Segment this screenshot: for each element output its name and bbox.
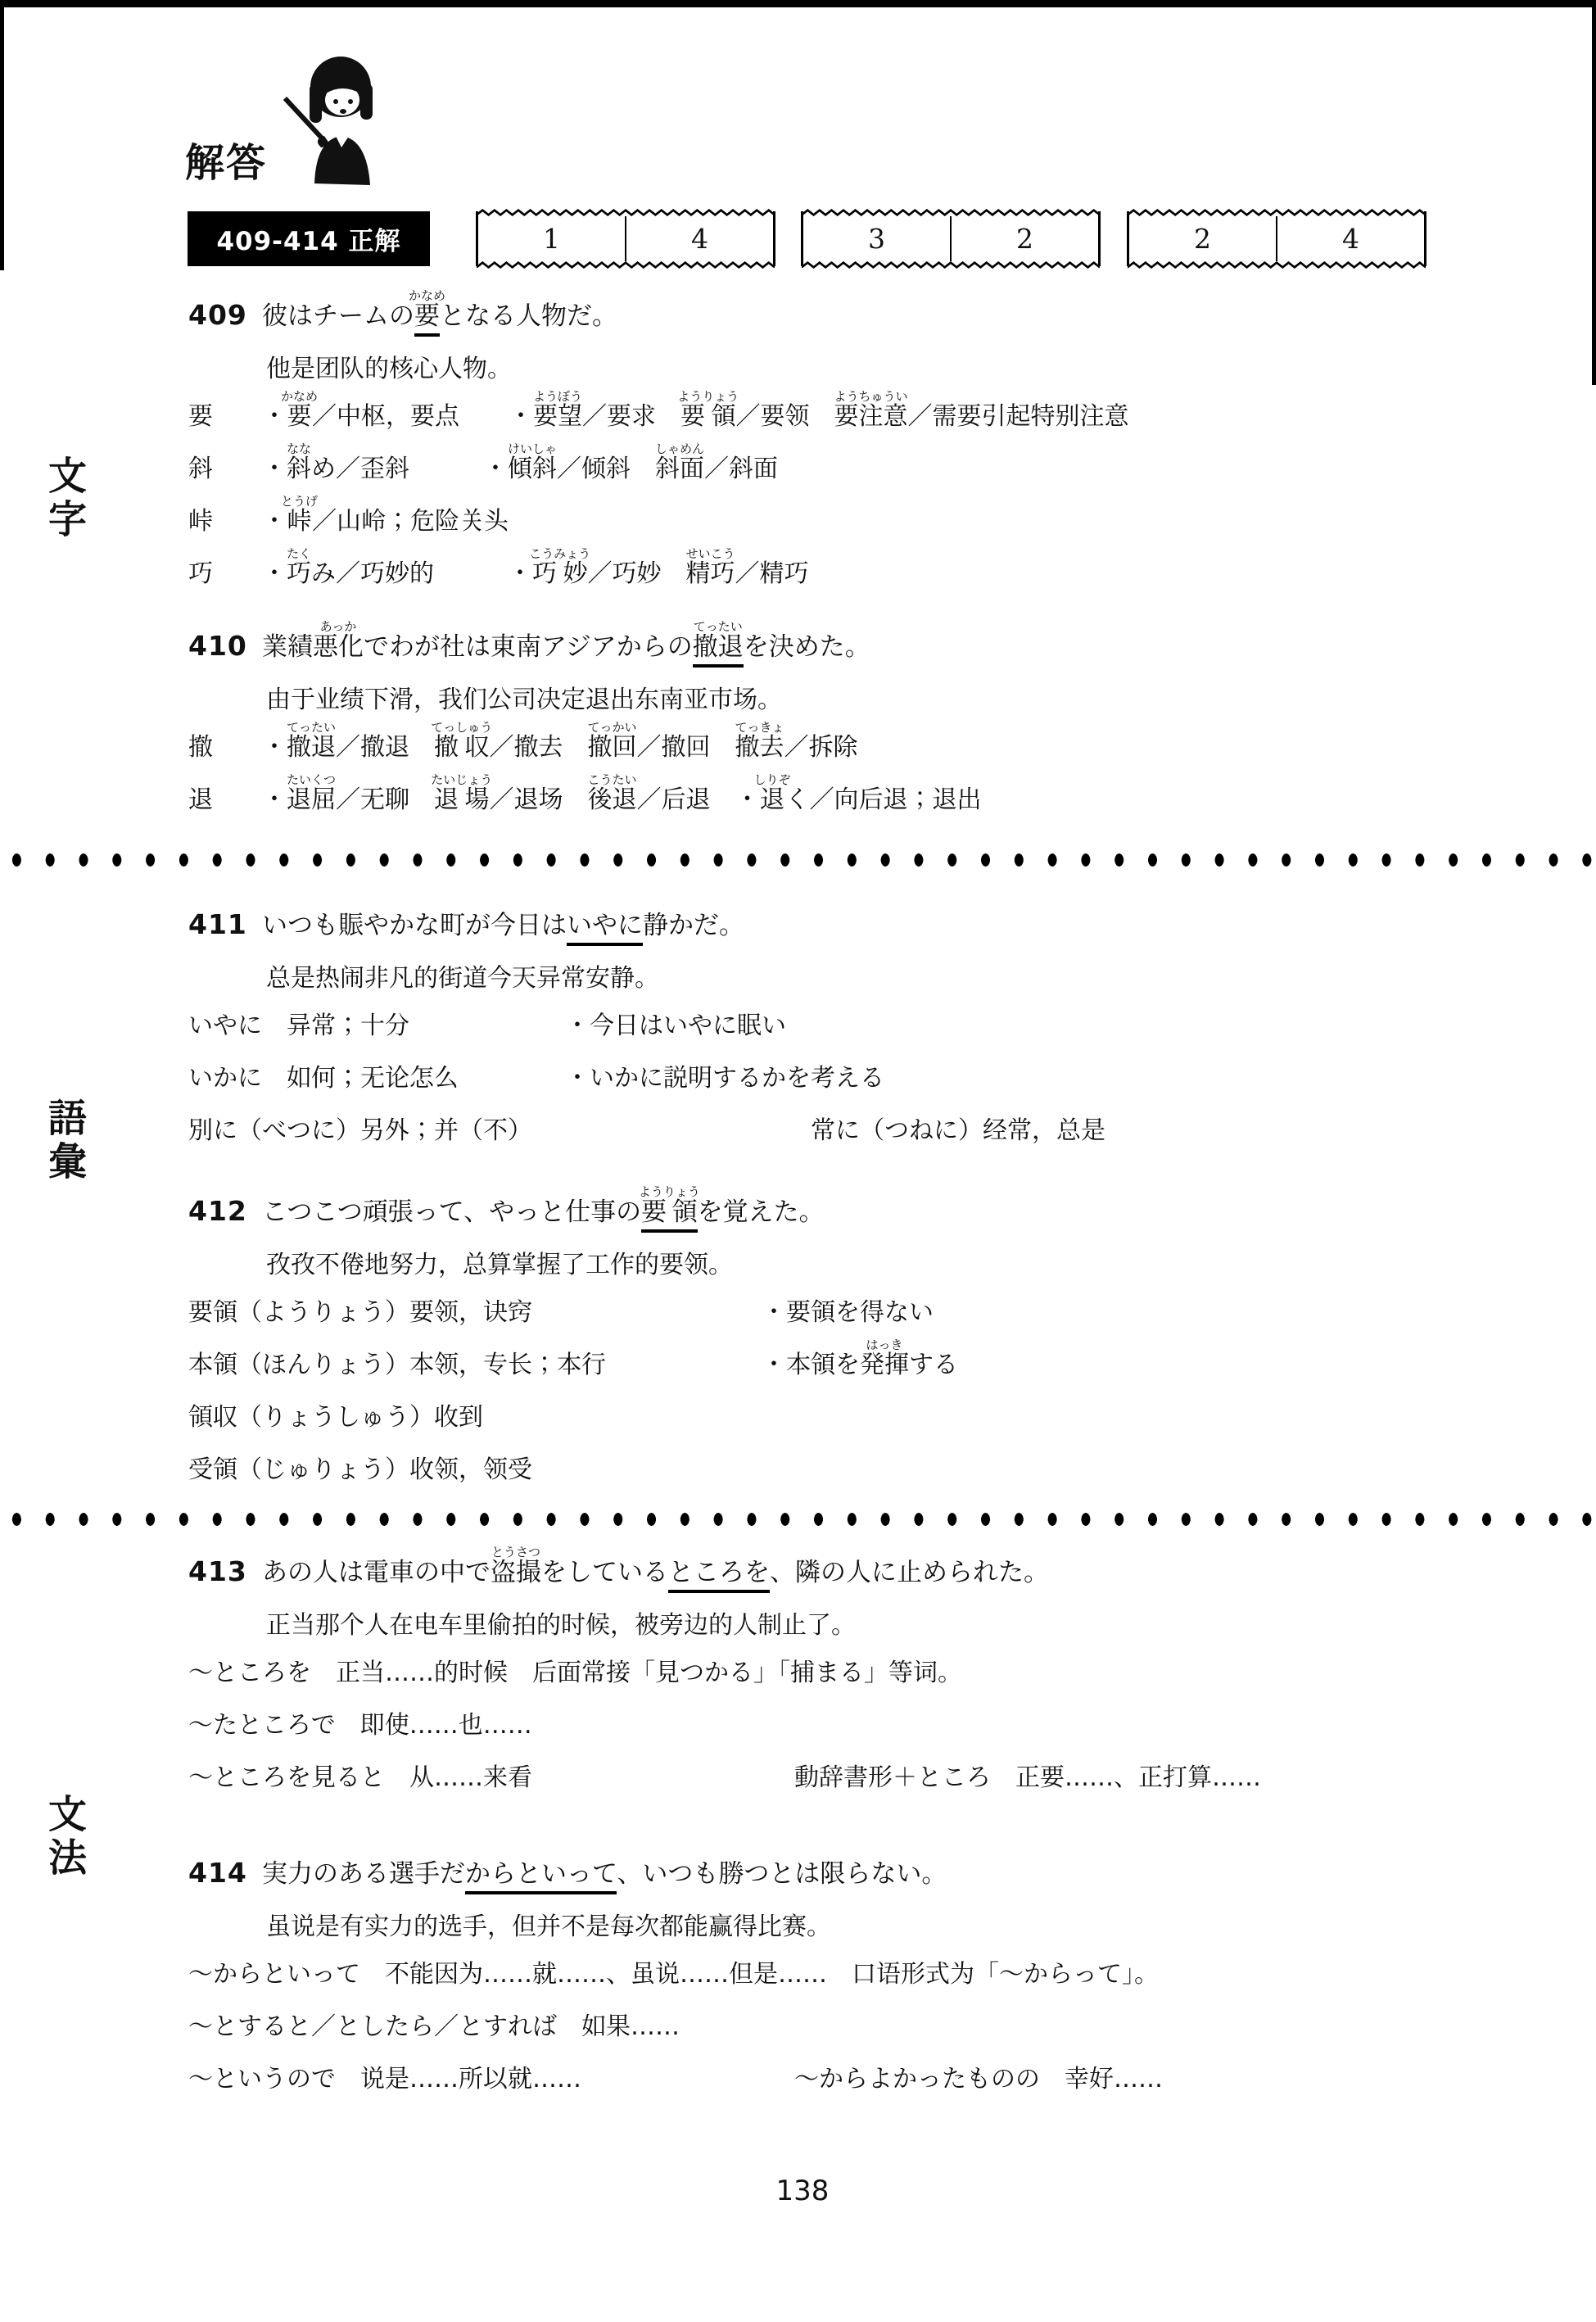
grammar-row: 〜ところを 正当……的时候 后面常接「見つかる」「捕まる」等词。 <box>188 1641 1563 1688</box>
side-tab-characters: 文字 <box>46 455 92 542</box>
kanji-head: 斜 <box>188 455 262 484</box>
answer-411: 3 <box>803 216 950 261</box>
vocab-row: 受領（じゅりょう）收领，领受 <box>188 1437 1563 1485</box>
answer-key-row: 409-414 正解 1 4 3 2 2 4 <box>188 211 1498 266</box>
translation-414: 虽说是有实力的选手，但并不是每次都能赢得比赛。 <box>266 1912 1563 1942</box>
teacher-girl-illustration <box>278 51 381 190</box>
translation-411: 总是热闹非凡的街道今天异常安静。 <box>266 964 1563 994</box>
grammar-row: 〜とすると／としたら／とすれば 如果…… <box>188 1994 1563 2042</box>
dotted-separator <box>0 852 1596 868</box>
translation-413: 正当那个人在电车里偷拍的时候，被旁边的人制止了。 <box>266 1611 1563 1641</box>
vocab-row: 退・退屈たいくつ／无聊 退場たいじょう／退场 後退こうたい／后退 ・退しりぞく／… <box>188 767 1563 815</box>
kanji-head: 撤 <box>188 733 262 763</box>
kanji-head: 峠 <box>188 507 262 536</box>
vocab-row: 巧・巧たくみ／巧妙的 ・巧妙こうみょう／巧妙 精巧せいこう／精巧 <box>188 541 1563 589</box>
vocab-row: いかに 如何；无论怎么・いかに説明するかを考える <box>188 1046 1563 1093</box>
vocab-row: 要・要かなめ／中枢，要点 ・要望ようぼう／要求 要領ようりょう／要领 要注意よう… <box>188 384 1563 432</box>
grammar-row: 〜からといって 不能因为……就……、虽说……但是…… 口语形式为「〜からって」。 <box>188 1942 1563 1989</box>
answer-key-title: 409-414 正解 <box>188 211 430 266</box>
answer-412: 2 <box>950 216 1098 261</box>
section-411: 411いつも賑やかな町が今日はいやに静かだ。 总是热闹非凡的街道今天异常安静。 … <box>188 886 1563 1151</box>
grammar-row: 〜たところで 即使……也…… <box>188 1693 1563 1740</box>
scan-edge-right <box>1592 0 1596 385</box>
answer-413: 2 <box>1129 216 1276 261</box>
grammar-row: 〜というので 说是……所以就……〜からよかったものの 幸好…… <box>188 2047 1563 2094</box>
answer-box-2: 3 2 <box>801 211 1101 266</box>
section-413: 413あの人は電車の中で盗撮とうさつをしているところを、隣の人に止められた。 正… <box>188 1533 1563 1798</box>
answer-409: 1 <box>478 216 625 261</box>
question-number: 414 <box>188 1856 262 1890</box>
textbook-page: 解答 409-414 正解 1 4 3 2 <box>0 0 1596 2322</box>
question-number: 410 <box>188 629 262 663</box>
scan-edge-left <box>0 0 4 270</box>
vocab-row: 撤・撤退てったい／撤退 撤収てっしゅう／撤去 撤回てっかい／撤回 撤去てっきょ／… <box>188 715 1563 763</box>
grammar-row: 〜ところを見ると 从……来看動辞書形＋ところ 正要……、正打算…… <box>188 1745 1563 1793</box>
zigzag-border-top <box>1128 209 1426 216</box>
answer-414: 4 <box>1276 216 1424 261</box>
vocab-row: 峠・峠とうげ／山岭；危险关头 <box>188 489 1563 536</box>
sentence-410: 410業績悪化あっかでわが社は東南アジアからの撤退てったいを決めた。 <box>188 608 1563 664</box>
section-414: 414実力のある選手だからといって、いつも勝つとは限らない。 虽说是有实力的选手… <box>188 1835 1563 2099</box>
answer-box-3: 2 4 <box>1127 211 1426 266</box>
scan-edge-top <box>0 0 1596 7</box>
question-number: 413 <box>188 1555 262 1589</box>
kanji-head: 退 <box>188 785 262 815</box>
translation-410: 由于业绩下滑，我们公司决定退出东南亚市场。 <box>266 686 1563 715</box>
vocab-row: 領収（りょうしゅう）收到 <box>188 1385 1563 1433</box>
answers-heading: 解答 <box>185 131 267 188</box>
zigzag-border-top <box>802 209 1100 216</box>
answer-410: 4 <box>625 216 773 261</box>
vocab-row: 別に（べつに）另外；并（不）常に（つねに）经常，总是 <box>188 1098 1563 1146</box>
zigzag-border-top <box>477 209 775 216</box>
kanji-head: 巧 <box>188 559 262 589</box>
zigzag-border-bottom <box>802 261 1100 269</box>
vocab-row: 要領（ようりょう）要领，诀窍・要領を得ない <box>188 1280 1563 1328</box>
kanji-head: 要 <box>188 402 262 432</box>
question-number: 409 <box>188 298 262 333</box>
answer-box-1: 1 4 <box>476 211 775 266</box>
dotted-separator <box>0 1511 1596 1528</box>
translation-409: 他是团队的核心人物。 <box>266 355 1563 384</box>
vocab-row: いやに 异常；十分・今日はいやに眠い <box>188 994 1563 1041</box>
zigzag-border-bottom <box>1128 261 1426 269</box>
sentence-413: 413あの人は電車の中で盗撮とうさつをしているところを、隣の人に止められた。 <box>188 1533 1563 1590</box>
section-412: 412こつこつ頑張って、やっと仕事の要領ようりょうを覚えた。 孜孜不倦地努力，总… <box>188 1173 1563 1490</box>
vocab-row: 本領（ほんりょう）本领，专长；本行・本領を発揮はっきする <box>188 1333 1563 1380</box>
sentence-409: 409彼はチームの要かなめとなる人物だ。 <box>188 277 1563 333</box>
sentence-414: 414実力のある選手だからといって、いつも勝つとは限らない。 <box>188 1835 1563 1891</box>
zigzag-border-bottom <box>477 261 775 269</box>
translation-412: 孜孜不倦地努力，总算掌握了工作的要领。 <box>266 1251 1563 1280</box>
page-number: 138 <box>741 2175 864 2207</box>
question-number: 412 <box>188 1194 262 1229</box>
section-410: 410業績悪化あっかでわが社は東南アジアからの撤退てったいを決めた。 由于业绩下… <box>188 608 1563 820</box>
side-tab-grammar: 文法 <box>46 1794 92 1881</box>
vocab-row: 斜・斜ななめ／歪斜 ・傾斜けいしゃ／倾斜 斜面しゃめん／斜面 <box>188 437 1563 484</box>
side-tab-vocabulary: 語彙 <box>46 1098 92 1184</box>
sentence-412: 412こつこつ頑張って、やっと仕事の要領ようりょうを覚えた。 <box>188 1173 1563 1229</box>
sentence-411: 411いつも賑やかな町が今日はいやに静かだ。 <box>188 886 1563 943</box>
question-number: 411 <box>188 908 262 942</box>
section-409: 409彼はチームの要かなめとなる人物だ。 他是团队的核心人物。 要・要かなめ／中… <box>188 277 1563 594</box>
